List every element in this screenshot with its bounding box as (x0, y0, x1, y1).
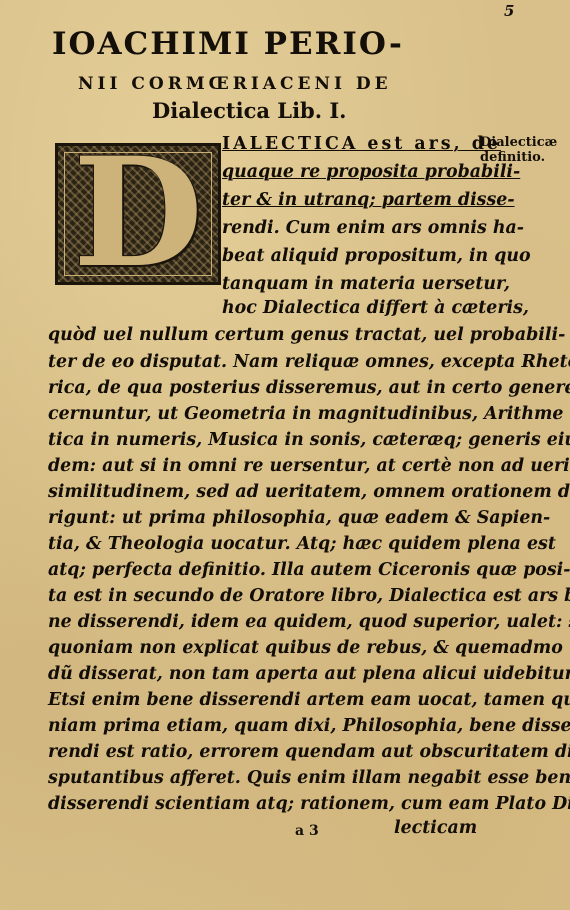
body-line: niam prima etiam, quam dixi, Philosophia… (48, 716, 570, 736)
body-line: hoc Dialectica differt à cæteris, (222, 298, 529, 318)
catchword: lecticam (394, 818, 477, 838)
body-line: IALECTICA est ars, de (222, 134, 501, 154)
body-line: quoniam non explicat quibus de rebus, & … (48, 638, 563, 658)
body-line: rendi est ratio, errorem quendam aut obs… (48, 742, 570, 762)
body-line: sputantibus afferet. Quis enim illam neg… (48, 768, 570, 788)
body-line: cernuntur, ut Geometria in magnitudinibu… (48, 404, 563, 424)
decorated-initial: D (55, 143, 221, 285)
body-line: disserendi scientiam atq; rationem, cum … (48, 794, 570, 814)
body-line: beat aliquid propositum, in quo (222, 246, 531, 266)
body-line: rigunt: ut prima philosophia, quæ eadem … (48, 508, 550, 528)
body-line: similitudinem, sed ad ueritatem, omnem o… (48, 482, 570, 502)
initial-letter: D (58, 143, 218, 285)
body-line: tia, & Theologia uocatur. Atq; hæc quide… (48, 534, 556, 554)
body-line: tanquam in materia uersetur, (222, 274, 510, 294)
body-line: tica in numeris, Musica in sonis, cæteræ… (48, 430, 570, 450)
book-page: 5 IOACHIMI PERIO- NII CORMŒRIACENI DE Di… (0, 0, 570, 910)
title-line-3: Dialectica Lib. I. (152, 98, 347, 123)
body-line: quòd uel nullum certum genus tractat, ue… (48, 325, 565, 345)
body-line: rendi. Cum enim ars omnis ha- (222, 218, 524, 238)
body-line: Etsi enim bene disserendi artem eam uoca… (48, 690, 570, 710)
signature-mark: a 3 (295, 823, 319, 839)
body-line: quaque re proposita probabili- (222, 162, 520, 182)
body-line: ter de eo disputat. Nam reliquæ omnes, e… (48, 352, 570, 372)
body-line: rica, de qua posterius disseremus, aut i… (48, 378, 570, 398)
body-line: ne disserendi, idem ea quidem, quod supe… (48, 612, 570, 632)
body-line: ta est in secundo de Oratore libro, Dial… (48, 586, 570, 606)
title-line-2: NII CORMŒRIACENI DE (78, 74, 392, 94)
body-line: dem: aut si in omni re uersentur, at cer… (48, 456, 570, 476)
body-line: ter & in utranq; partem disse- (222, 190, 515, 210)
title-line-1: IOACHIMI PERIO- (52, 26, 472, 62)
body-line: atq; perfecta definitio. Illa autem Cice… (48, 560, 570, 580)
body-line: dũ disserat, non tam aperta aut plena al… (48, 664, 570, 684)
page-number: 5 (504, 2, 514, 20)
